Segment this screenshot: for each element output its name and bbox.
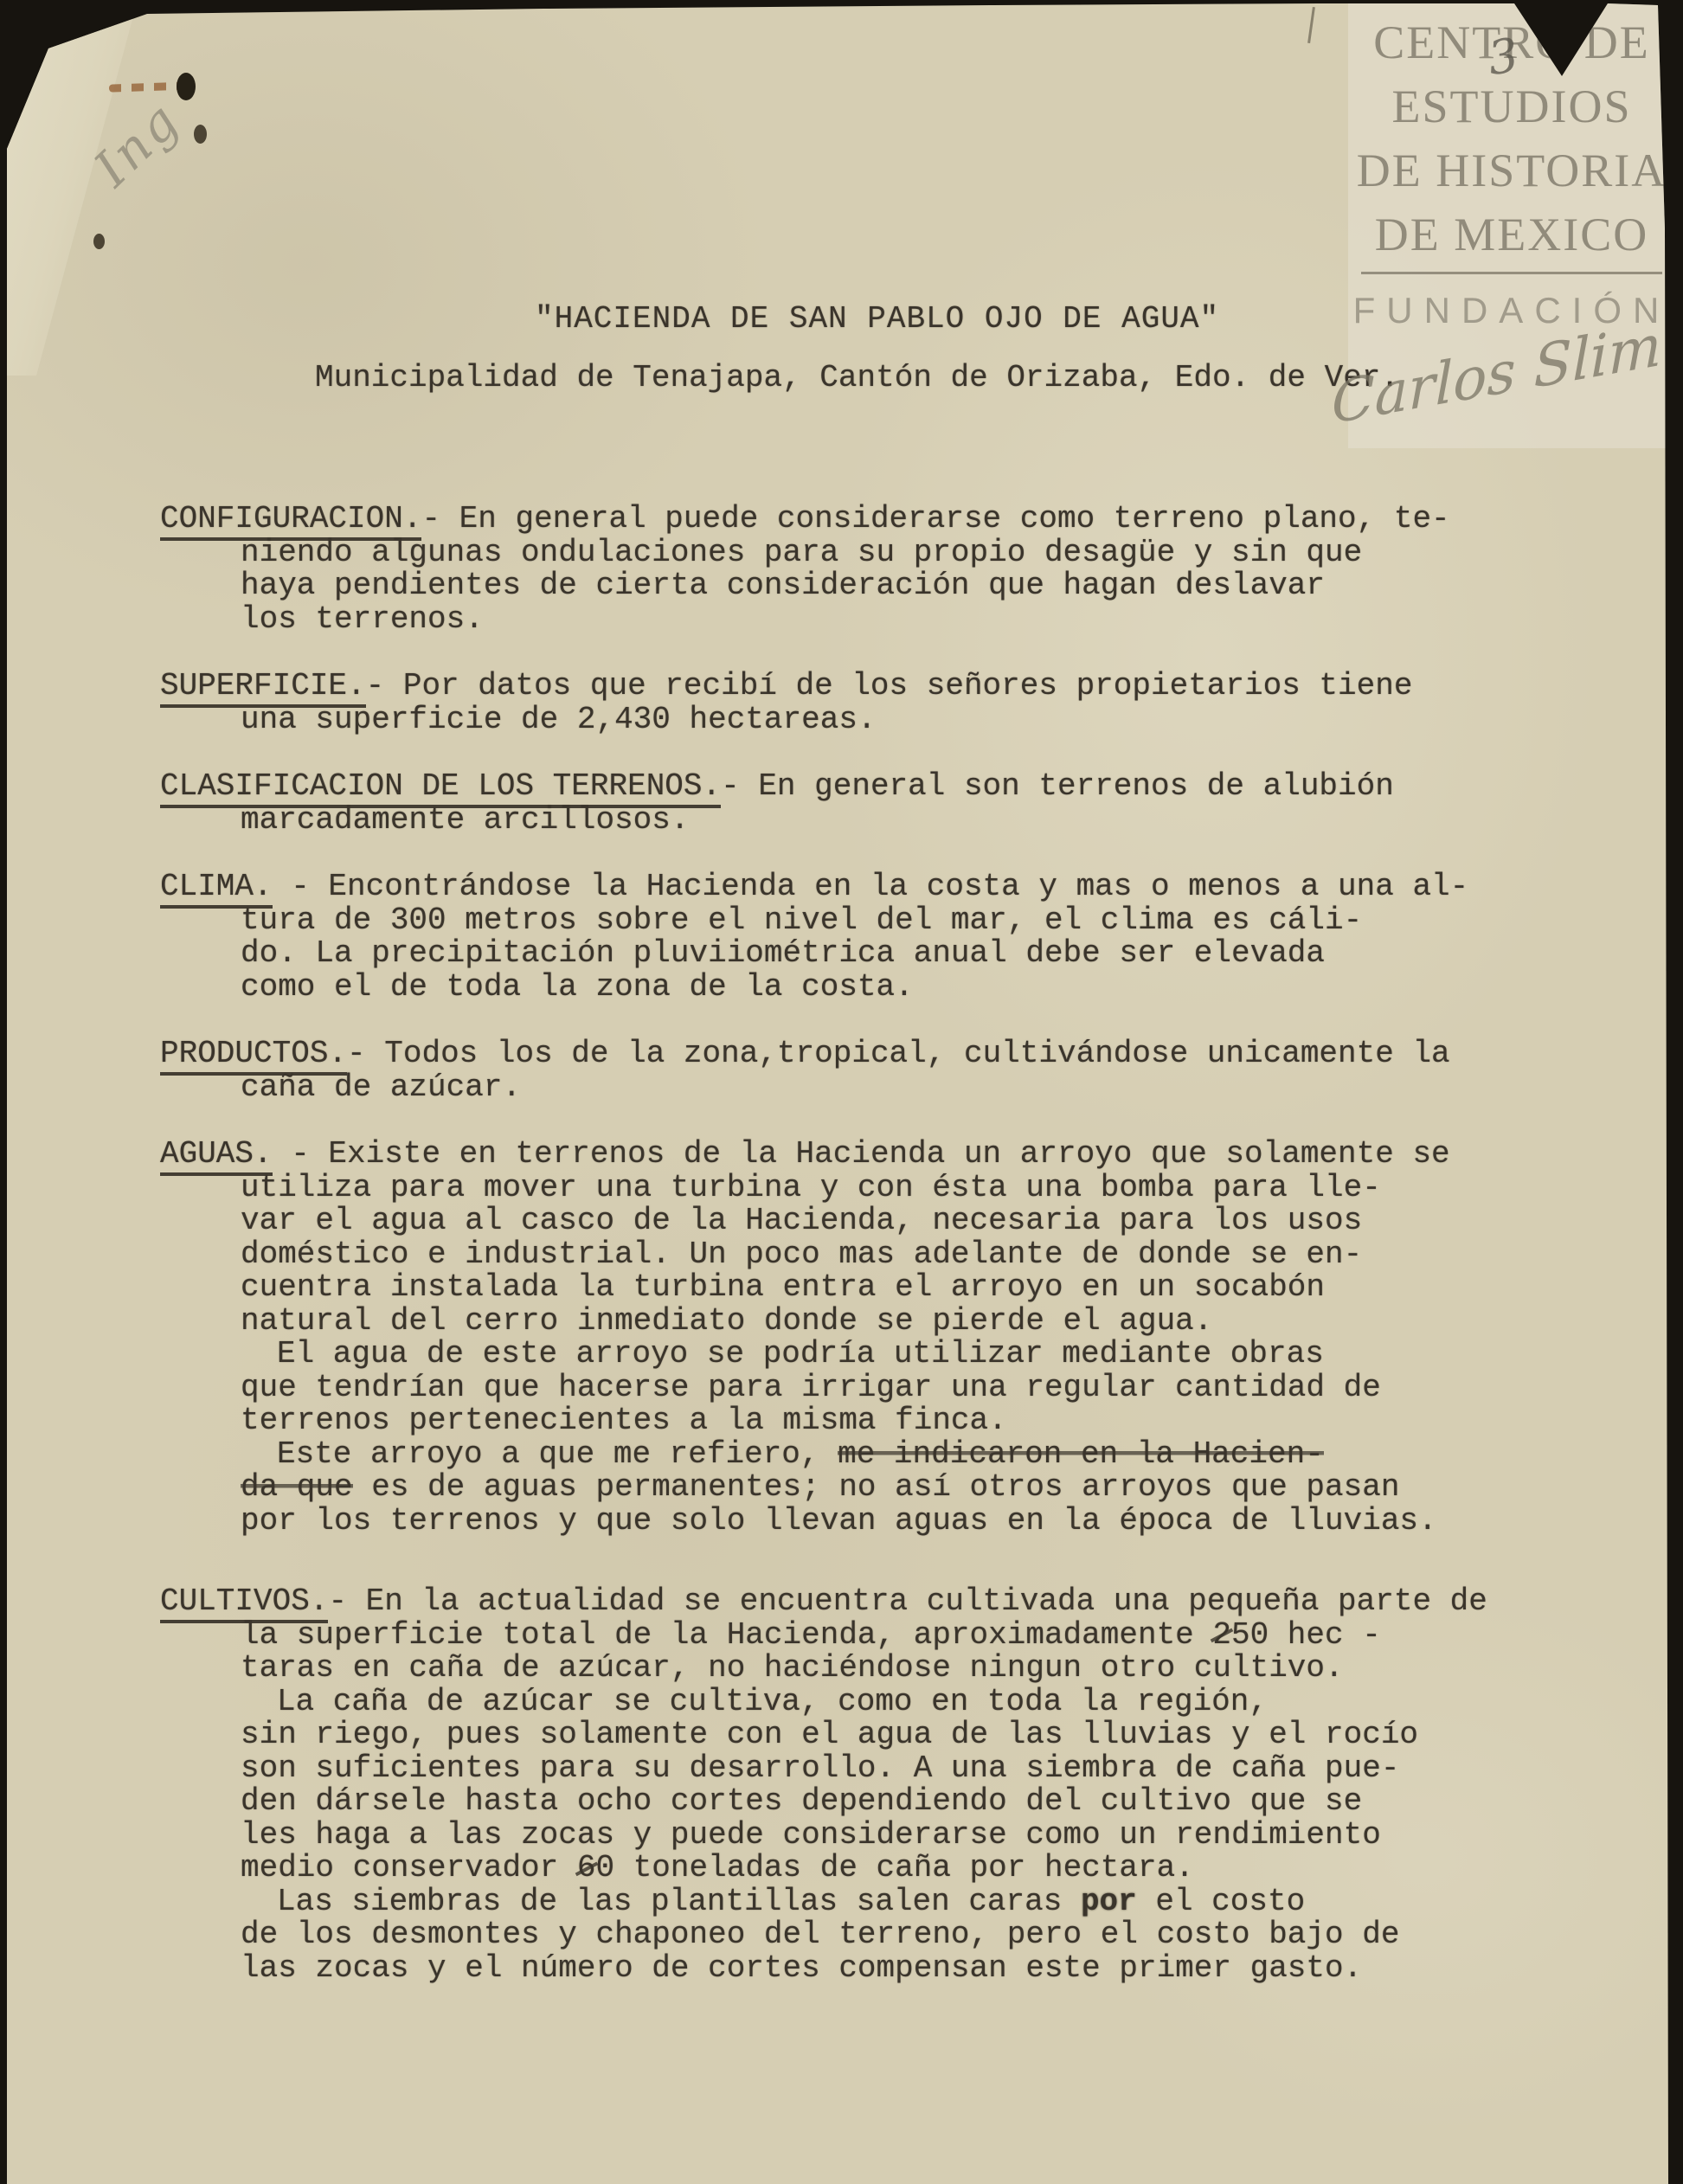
typed-line: les haga a las zocas y puede considerars… [241, 1819, 1596, 1853]
watermark-line: ESTUDIOS [1348, 74, 1675, 138]
typed-text: haya pendientes de cierta consideración … [241, 568, 1325, 603]
section-productos: PRODUCTOS.- Todos los de la zona,tropica… [160, 1037, 1596, 1104]
typed-text: natural del cerro inmediato donde se pie… [241, 1303, 1212, 1339]
section-clasificacion: CLASIFICACION DE LOS TERRENOS.- En gener… [160, 770, 1596, 837]
typed-line: caña de azúcar. [241, 1071, 1596, 1105]
typed-text: de los desmontes y chaponeo del terreno,… [241, 1917, 1399, 1952]
typed-line: utiliza para mover una turbina y con ést… [241, 1172, 1596, 1205]
typed-line: terrenos pertenecientes a la misma finca… [241, 1404, 1596, 1438]
typed-line: tura de 300 metros sobre el nivel del ma… [241, 904, 1596, 938]
typed-line: PRODUCTOS.- Todos los de la zona,tropica… [160, 1037, 1596, 1071]
typed-line: CLIMA. - Encontrándose la Hacienda en la… [160, 870, 1596, 904]
typed-text: niendo algunas ondulaciones para su prop… [241, 535, 1362, 570]
typed-text: La caña de azúcar se cultiva, como en to… [277, 1684, 1268, 1719]
overstruck-character: 6 [577, 1852, 596, 1885]
typed-line: que tendrían que hacerse para irrigar un… [241, 1371, 1596, 1405]
typed-line: medio conservador 60 toneladas de caña p… [241, 1852, 1596, 1885]
typed-line: de los desmontes y chaponeo del terreno,… [241, 1918, 1596, 1952]
typed-text: tura de 300 metros sobre el nivel del ma… [241, 903, 1362, 938]
section-first-line-text: - En general puede considerarse como ter… [421, 501, 1449, 536]
section-first-line-text: - Encontrándose la Hacienda en la costa … [273, 869, 1469, 904]
section-cultivos: CULTIVOS.- En la actualidad se encuentra… [160, 1585, 1596, 1985]
typed-text: doméstico e industrial. Un poco mas adel… [241, 1237, 1362, 1272]
scanned-document-canvas: { "page": { "title": "\"HACIENDA DE SAN … [0, 0, 1683, 2184]
section-clima: CLIMA. - Encontrándose la Hacienda en la… [160, 870, 1596, 1004]
typed-text: Las siembras de las plantillas salen car… [277, 1884, 1081, 1919]
section-first-line-text: - Existe en terrenos de la Hacienda un a… [273, 1136, 1450, 1172]
typed-text: do. La precipitación pluviiométrica anua… [241, 935, 1325, 971]
section-first-line-text: - Por datos que recibí de los señores pr… [366, 668, 1413, 703]
typed-text: el costo [1137, 1884, 1305, 1919]
typed-text: 50 hec - [1231, 1617, 1381, 1653]
typed-text: medio conservador [241, 1850, 577, 1885]
typed-text: como el de toda la zona de la costa. [241, 969, 914, 1005]
typed-text: cuentra instalada la turbina entra el ar… [241, 1269, 1325, 1305]
typed-line: da que es de aguas permanentes; no así o… [241, 1471, 1596, 1505]
struck-text: da que [241, 1469, 353, 1505]
typed-line: la superficie total de la Hacienda, apro… [241, 1619, 1596, 1653]
typed-line: El agua de este arroyo se podría utiliza… [277, 1338, 1596, 1371]
typed-text: la superficie total de la Hacienda, apro… [241, 1617, 1212, 1653]
typed-line: cuentra instalada la turbina entra el ar… [241, 1271, 1596, 1305]
watermark-line: DE MEXICO [1348, 202, 1675, 267]
section-first-line-text: - En general son terrenos de alubión [721, 768, 1394, 804]
section-first-line-text: - Todos los de la zona,tropical, cultivá… [347, 1036, 1450, 1071]
paper-sheet: CENTRO DE ESTUDIOS DE HISTORIA DE MEXICO… [7, 3, 1675, 2184]
typed-line: CLASIFICACION DE LOS TERRENOS.- En gener… [160, 770, 1596, 804]
typed-line: niendo algunas ondulaciones para su prop… [241, 536, 1596, 570]
typed-line: AGUAS. - Existe en terrenos de la Hacien… [160, 1138, 1596, 1172]
typed-text: caña de azúcar. [241, 1070, 521, 1105]
watermark-divider [1361, 272, 1662, 274]
typed-line: una superficie de 2,430 hectareas. [241, 703, 1596, 737]
typed-line: como el de toda la zona de la costa. [241, 971, 1596, 1005]
watermark-line: DE HISTORIA [1348, 138, 1675, 202]
typed-text: que tendrían que hacerse para irrigar un… [241, 1370, 1381, 1405]
typed-text: por [1081, 1884, 1137, 1919]
typed-text: los terrenos. [241, 601, 484, 637]
typed-line: las zocas y el número de cortes compensa… [241, 1952, 1596, 1986]
typed-line: var el agua al casco de la Hacienda, nec… [241, 1204, 1596, 1238]
typed-text: 0 toneladas de caña por hectara. [595, 1850, 1193, 1885]
typed-body: CONFIGURACION.- En general puede conside… [160, 503, 1596, 2019]
typed-line: Este arroyo a que me refiero, me indicar… [277, 1438, 1596, 1472]
pin-hole [93, 234, 105, 249]
typed-text: es de aguas permanentes; no así otros ar… [353, 1469, 1400, 1505]
document-subtitle: Municipalidad de Tenajapa, Cantón de Ori… [315, 360, 1399, 395]
typed-text: por los terrenos y que solo llevan aguas… [241, 1503, 1437, 1538]
typed-text: marcadamente arcillosos. [241, 802, 689, 838]
section-superficie: SUPERFICIE.- Por datos que recibí de los… [160, 670, 1596, 736]
typed-line: CULTIVOS.- En la actualidad se encuentra… [160, 1585, 1596, 1619]
overstruck-character: 2 [1212, 1619, 1231, 1653]
typed-line: SUPERFICIE.- Por datos que recibí de los… [160, 670, 1596, 703]
typed-line: natural del cerro inmediato donde se pie… [241, 1305, 1596, 1339]
typed-line: CONFIGURACION.- En general puede conside… [160, 503, 1596, 536]
typed-line: sin riego, pues solamente con el agua de… [241, 1718, 1596, 1752]
typed-line: taras en caña de azúcar, no haciéndose n… [241, 1652, 1596, 1686]
typed-text: una superficie de 2,430 hectareas. [241, 702, 877, 737]
typed-text: son suficientes para su desarrollo. A un… [241, 1750, 1399, 1786]
typed-line: son suficientes para su desarrollo. A un… [241, 1752, 1596, 1786]
typed-line: por los terrenos y que solo llevan aguas… [241, 1505, 1596, 1538]
typed-text: taras en caña de azúcar, no haciéndose n… [241, 1650, 1344, 1686]
typed-line: doméstico e industrial. Un poco mas adel… [241, 1238, 1596, 1272]
typed-line: do. La precipitación pluviiométrica anua… [241, 937, 1596, 971]
typed-text: El agua de este arroyo se podría utiliza… [277, 1336, 1324, 1371]
staple-hole [177, 73, 196, 100]
section-aguas: AGUAS. - Existe en terrenos de la Hacien… [160, 1138, 1596, 1538]
typed-text: utiliza para mover una turbina y con ést… [241, 1170, 1381, 1205]
typed-line: haya pendientes de cierta consideración … [241, 569, 1596, 603]
typed-line: marcadamente arcillosos. [241, 804, 1596, 838]
typed-line: den dársele hasta ocho cortes dependiend… [241, 1785, 1596, 1819]
typed-text: terrenos pertenecientes a la misma finca… [241, 1403, 1007, 1438]
typed-text: var el agua al casco de la Hacienda, nec… [241, 1203, 1362, 1238]
typed-text: sin riego, pues solamente con el agua de… [241, 1717, 1418, 1752]
typed-line: La caña de azúcar se cultiva, como en to… [277, 1686, 1596, 1719]
document-title: "HACIENDA DE SAN PABLO OJO DE AGUA" [535, 301, 1219, 337]
section-first-line-text: - En la actualidad se encuentra cultivad… [328, 1583, 1487, 1619]
section-configuracion: CONFIGURACION.- En general puede conside… [160, 503, 1596, 636]
paper-crack [1307, 7, 1315, 43]
staple-hole [194, 125, 207, 144]
struck-text: me indicaron en la Hacien- [838, 1436, 1324, 1472]
typed-text: las zocas y el número de cortes compensa… [241, 1950, 1362, 1986]
typed-line: Las siembras de las plantillas salen car… [277, 1885, 1596, 1919]
typed-text: den dársele hasta ocho cortes dependiend… [241, 1783, 1362, 1819]
typed-line: los terrenos. [241, 603, 1596, 637]
typed-text: Este arroyo a que me refiero, [277, 1436, 838, 1472]
typed-text: les haga a las zocas y puede considerars… [241, 1817, 1381, 1853]
